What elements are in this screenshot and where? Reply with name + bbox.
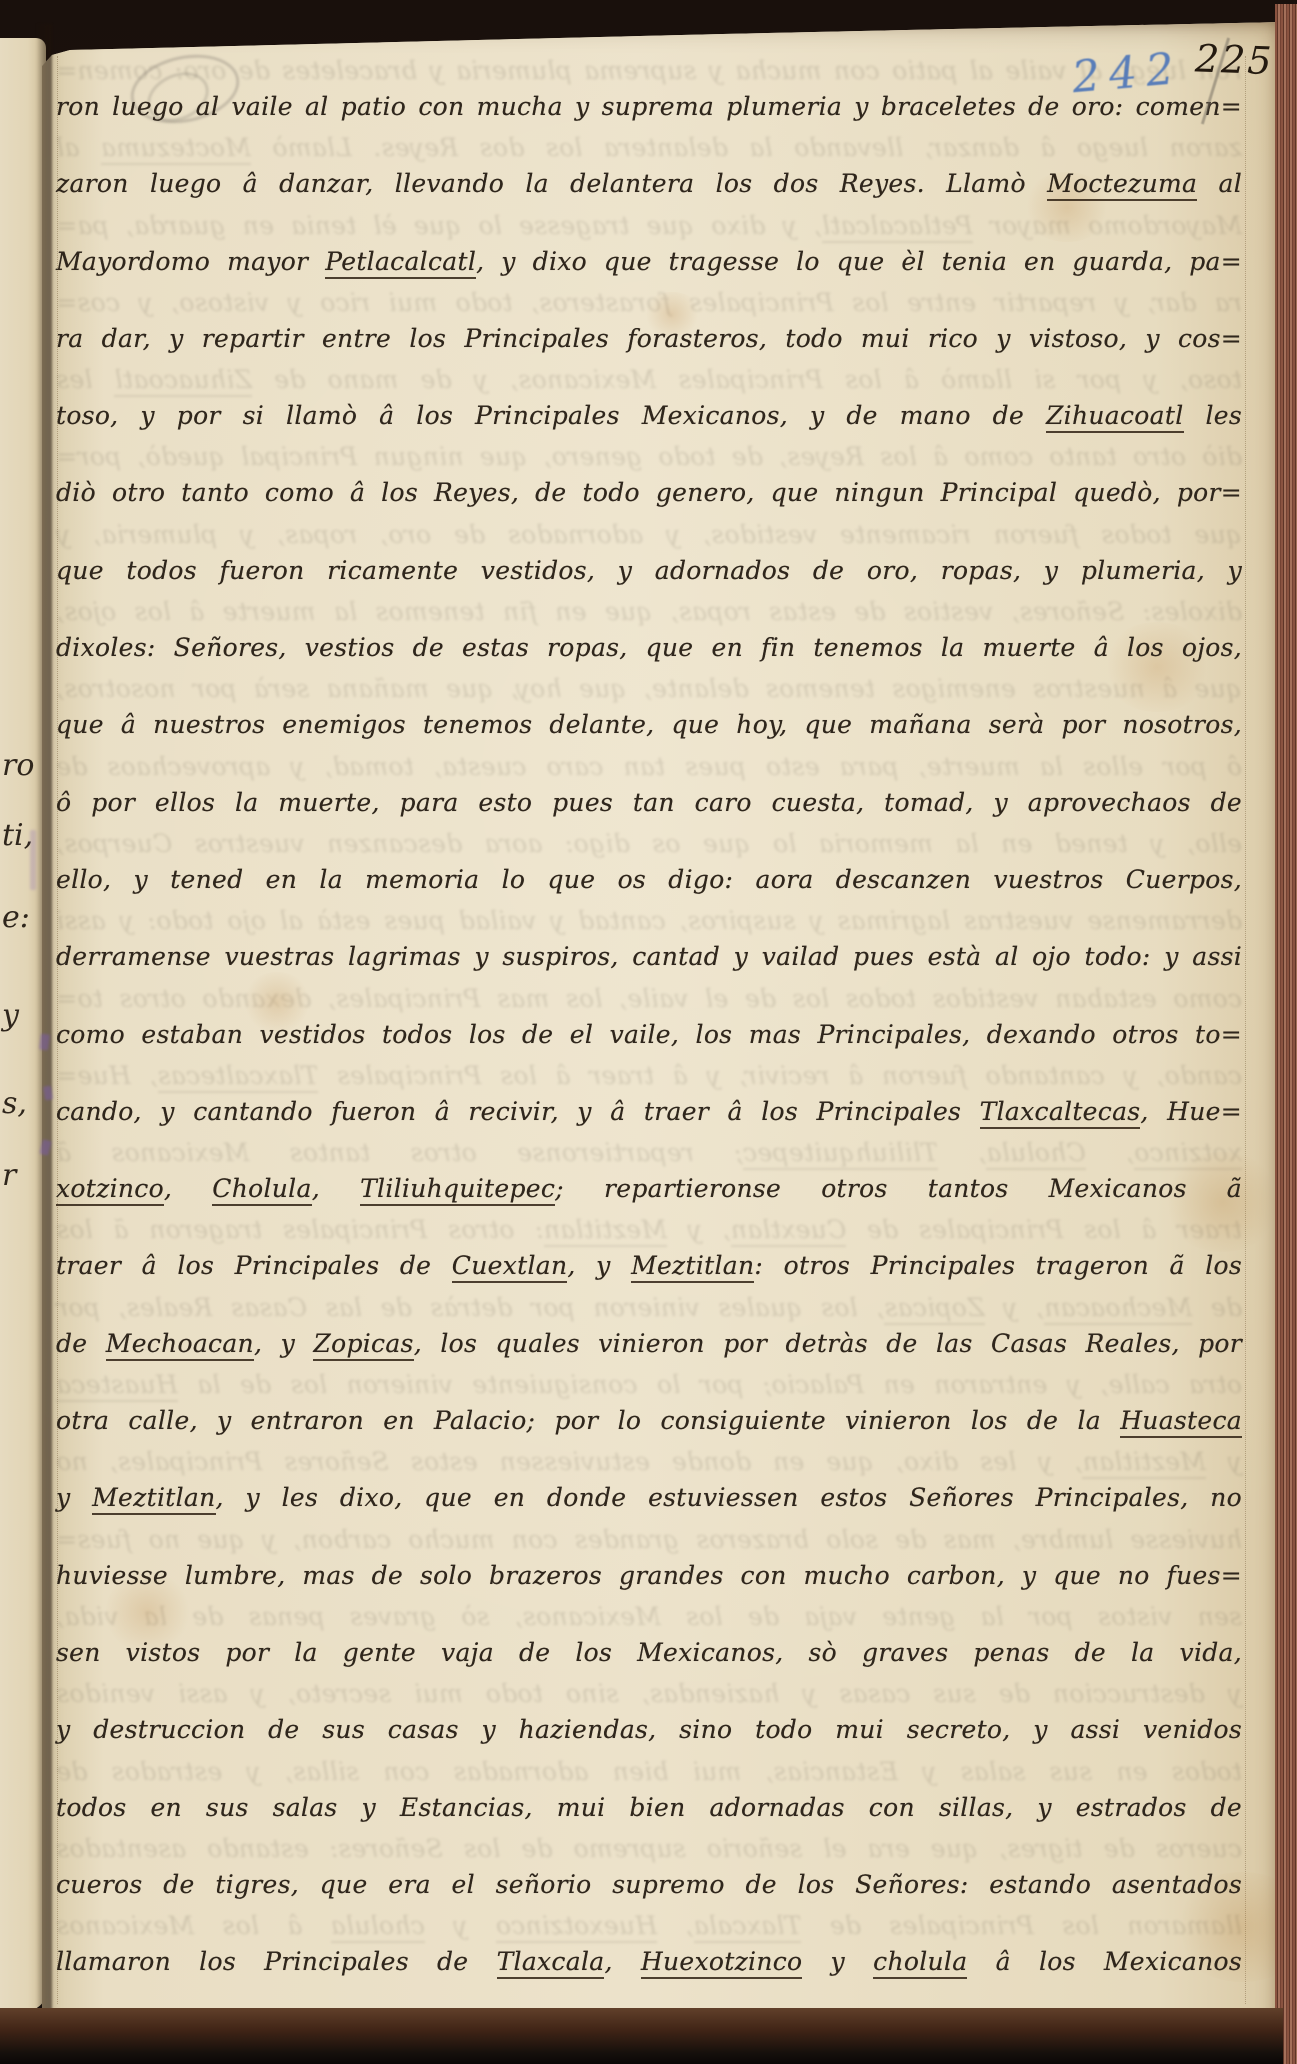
line-text: , — [312, 1174, 360, 1203]
manuscript-line: xotzinco, Cholula, Tliliuhquitepec; repa… — [56, 1150, 1242, 1227]
underlined-proper-noun: Huexotzinco — [641, 1947, 803, 1979]
margin-rule-right — [1245, 56, 1246, 2004]
underlined-proper-noun: Tlaxcaltecas — [980, 1097, 1141, 1129]
line-text: huviesse lumbre, mas de solo brazeros gr… — [56, 1561, 1242, 1590]
underlined-proper-noun: Cholula — [212, 1174, 311, 1206]
facing-page-fragment: e: — [2, 900, 44, 935]
underlined-proper-noun: xotzinco — [56, 1174, 164, 1206]
line-text: derramense vuestras lagrimas y suspiros,… — [56, 942, 1242, 971]
underlined-proper-noun: Huasteca — [1120, 1406, 1242, 1438]
line-text: ron luego al vaile al patio con mucha y … — [56, 92, 1242, 121]
manuscript-line: que todos fueron ricamente vestidos, y a… — [56, 532, 1242, 609]
line-text: ra dar, y repartir entre los Principales… — [56, 324, 1242, 353]
line-text: les — [1184, 401, 1242, 430]
page-surface: ron luego al vaile al patio con mucha y … — [42, 22, 1280, 2034]
line-text: , — [164, 1174, 212, 1203]
line-text: ô por ellos la muerte, para esto pues ta… — [56, 788, 1242, 817]
manuscript-line: otra calle, y entraron en Palacio; por l… — [56, 1382, 1242, 1459]
manuscript-line: cueros de tigres, que era el señorio sup… — [56, 1846, 1242, 1923]
manuscript-line: toso, y por si llamò â los Principales M… — [56, 377, 1242, 454]
manuscript-line: y destruccion de sus casas y haziendas, … — [56, 1691, 1242, 1768]
line-text: llamaron los Principales de — [56, 1947, 497, 1976]
line-text: ; repartieronse otros tantos Mexicanos ã — [555, 1174, 1242, 1203]
manuscript-line: sen vistos por la gente vaja de los Mexi… — [56, 1614, 1242, 1691]
underlined-proper-noun: Petlacalcatl — [325, 247, 476, 279]
violet-stamp-trace — [30, 830, 36, 890]
line-text: y — [56, 1483, 92, 1512]
line-text: ello, y tened en la memoria lo que os di… — [56, 865, 1242, 894]
line-text: que todos fueron ricamente vestidos, y a… — [56, 556, 1242, 585]
manuscript-line: derramense vuestras lagrimas y suspiros,… — [56, 918, 1242, 995]
line-text: sen vistos por la gente vaja de los Mexi… — [56, 1638, 1242, 1667]
line-text: dixoles: Señores, vestios de estas ropas… — [56, 633, 1242, 662]
line-text: al — [1197, 169, 1242, 198]
line-text: zaron luego â danzar, llevando la delant… — [56, 169, 1047, 198]
line-text: y — [802, 1947, 873, 1976]
manuscript-line: zaron luego â danzar, llevando la delant… — [56, 145, 1242, 222]
underlined-proper-noun: Mechoacan — [106, 1329, 254, 1361]
line-text: , Hue= — [1140, 1097, 1242, 1126]
line-text: , los quales vinieron por detràs de las … — [414, 1329, 1242, 1358]
underlined-proper-noun: Meztitlan — [631, 1251, 754, 1283]
underlined-proper-noun: Tlaxcala — [497, 1947, 605, 1979]
manuscript-line: y Meztitlan, y les dixo, que en donde es… — [56, 1459, 1242, 1536]
underlined-proper-noun: Moctezuma — [1047, 169, 1197, 201]
underlined-proper-noun: Meztitlan — [92, 1483, 215, 1515]
manuscript-line: Mayordomo mayor Petlacalcatl, y dixo que… — [56, 223, 1242, 300]
manuscript-line: traer â los Principales de Cuextlan, y M… — [56, 1227, 1242, 1304]
line-text: , y — [567, 1251, 631, 1280]
facing-page-fragment: r — [2, 1158, 44, 1193]
line-text: traer â los Principales de — [56, 1251, 452, 1280]
manuscript-line: ron luego al vaile al patio con mucha y … — [56, 68, 1242, 145]
manuscript-line: cando, y cantando fueron â recivir, y â … — [56, 1073, 1242, 1150]
manuscript-line: ô por ellos la muerte, para esto pues ta… — [56, 764, 1242, 841]
manuscript-line: como estaban vestidos todos los de el va… — [56, 996, 1242, 1073]
manuscript-line: todos en sus salas y Estancias, mui bien… — [56, 1769, 1242, 1846]
line-text: que â nuestros enemigos tenemos delante,… — [56, 710, 1242, 739]
line-text: â los Mexicanos — [967, 1947, 1242, 1976]
manuscript-line: dixoles: Señores, vestios de estas ropas… — [56, 609, 1242, 686]
facing-page-fragment: y — [2, 998, 44, 1033]
book-fore-edge — [1275, 4, 1297, 2064]
line-text: cando, y cantando fueron â recivir, y â … — [56, 1097, 980, 1126]
line-text: otra calle, y entraron en Palacio; por l… — [56, 1406, 1120, 1435]
underlined-proper-noun: Zihuacoatl — [1046, 401, 1183, 433]
line-text: , y — [254, 1329, 313, 1358]
line-text: , y dixo que tragesse lo que èl tenia en… — [476, 247, 1242, 276]
facing-page-fragment: s, — [2, 1086, 44, 1121]
manuscript-line: que â nuestros enemigos tenemos delante,… — [56, 686, 1242, 763]
manuscript-line: huviesse lumbre, mas de solo brazeros gr… — [56, 1537, 1242, 1614]
manuscript-line: de Mechoacan, y Zopicas, los quales vini… — [56, 1305, 1242, 1382]
line-text: : otros Principales trageron ã los — [754, 1251, 1242, 1280]
line-text: y destruccion de sus casas y haziendas, … — [56, 1715, 1242, 1744]
underlined-proper-noun: Zopicas — [313, 1329, 413, 1361]
manuscript-line: ra dar, y repartir entre los Principales… — [56, 300, 1242, 377]
manuscript-line: diò otro tanto como â los Reyes, de todo… — [56, 454, 1242, 531]
line-text: como estaban vestidos todos los de el va… — [56, 1020, 1242, 1049]
line-text: , y les dixo, que en donde estuviessen e… — [216, 1483, 1242, 1512]
underlined-proper-noun: Cuextlan — [452, 1251, 568, 1283]
manuscript-line: llamaron los Principales de Tlaxcala, Hu… — [56, 1923, 1242, 2000]
manuscript-lines: ron luego al vaile al patio con mucha y … — [56, 68, 1242, 2000]
folio-number-pencil-blue: 242 — [1070, 43, 1185, 103]
underlined-proper-noun: Tliliuhquitepec — [360, 1174, 555, 1206]
line-text: de — [56, 1329, 106, 1358]
line-text: diò otro tanto como â los Reyes, de todo… — [56, 478, 1242, 507]
line-text: Mayordomo mayor — [56, 247, 325, 276]
line-text: cueros de tigres, que era el señorio sup… — [56, 1870, 1242, 1899]
underlined-proper-noun: cholula — [873, 1947, 967, 1979]
line-text: toso, y por si llamò â los Principales M… — [56, 401, 1046, 430]
facing-page-fragment: ti, — [2, 818, 44, 853]
manuscript-scan-page: ron luego al vaile al patio con mucha y … — [0, 0, 1297, 2064]
facing-page-fragment: ro — [2, 748, 44, 783]
line-text: todos en sus salas y Estancias, mui bien… — [56, 1793, 1242, 1822]
line-text: , — [604, 1947, 640, 1976]
manuscript-line: ello, y tened en la memoria lo que os di… — [56, 841, 1242, 918]
binding-bottom-edge — [0, 2008, 1283, 2064]
